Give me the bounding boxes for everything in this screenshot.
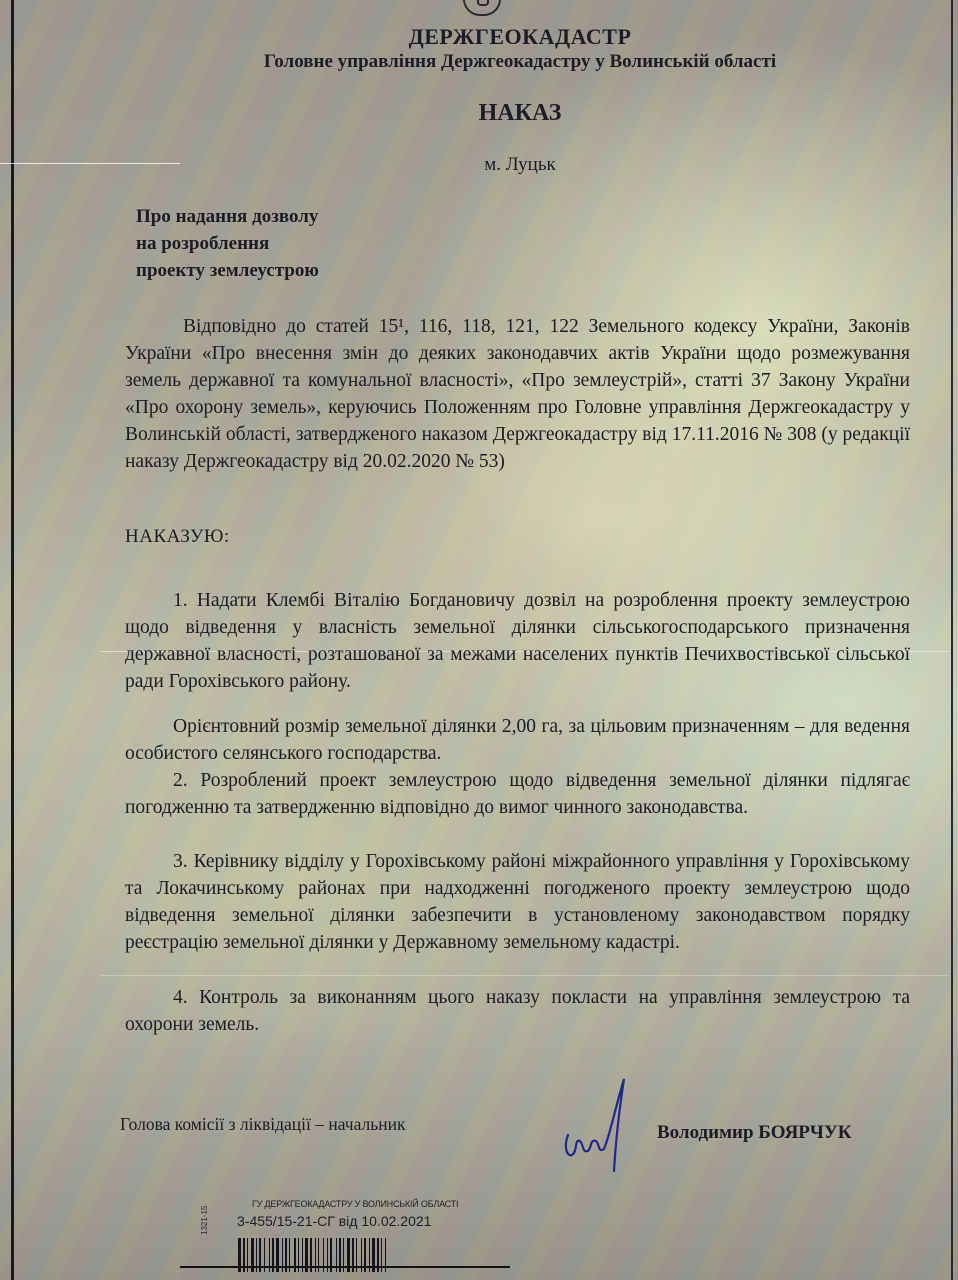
document-city: м. Луцьк xyxy=(0,154,958,176)
subject-line: Про надання дозволу xyxy=(136,203,319,230)
order-item-3: 3. Керівнику відділу у Горохівському рай… xyxy=(125,848,910,956)
document-subject: Про надання дозволу на розроблення проек… xyxy=(136,203,319,284)
subject-line: на розроблення xyxy=(136,230,319,257)
document-type: НАКАЗ xyxy=(0,100,958,127)
order-word: НАКАЗУЮ: xyxy=(125,523,910,550)
registration-stamp-org: ГУ ДЕРЖГЕОКАДАСТРУ У ВОЛИНСЬКІЙ ОБЛАСТІ xyxy=(252,1199,458,1209)
registration-side-code: 1321-15 xyxy=(200,1206,209,1235)
page-edge-right xyxy=(951,0,953,1280)
org-name: ДЕРЖГЕОКАДАСТР xyxy=(0,24,958,50)
order-item-4: 4. Контроль за виконанням цього наказу п… xyxy=(125,984,910,1038)
stamp-underline xyxy=(180,1266,510,1268)
legal-basis-paragraph: Відповідно до статей 15¹, 116, 118, 121,… xyxy=(125,313,910,475)
org-subdivision: Головне управління Держгеокадастру у Вол… xyxy=(0,51,958,73)
order-item-2: 2. Розроблений проект землеустрою щодо в… xyxy=(125,767,910,821)
handwritten-signature-icon xyxy=(560,1075,640,1175)
signatory-name: Володимир БОЯРЧУК xyxy=(657,1122,852,1144)
order-item-1-area: Орієнтовний розмір земельної ділянки 2,0… xyxy=(125,713,910,767)
order-item-1: 1. Надати Клембі Віталію Богдановичу доз… xyxy=(125,587,910,695)
page-edge-left xyxy=(11,0,14,1280)
registration-number: 3-455/15-21-СГ від 10.02.2021 xyxy=(237,1213,431,1229)
subject-line: проекту землеустрою xyxy=(136,257,319,284)
signatory-role: Голова комісії з ліквідації – начальник xyxy=(120,1114,405,1135)
scan-artifact-line xyxy=(100,975,950,976)
